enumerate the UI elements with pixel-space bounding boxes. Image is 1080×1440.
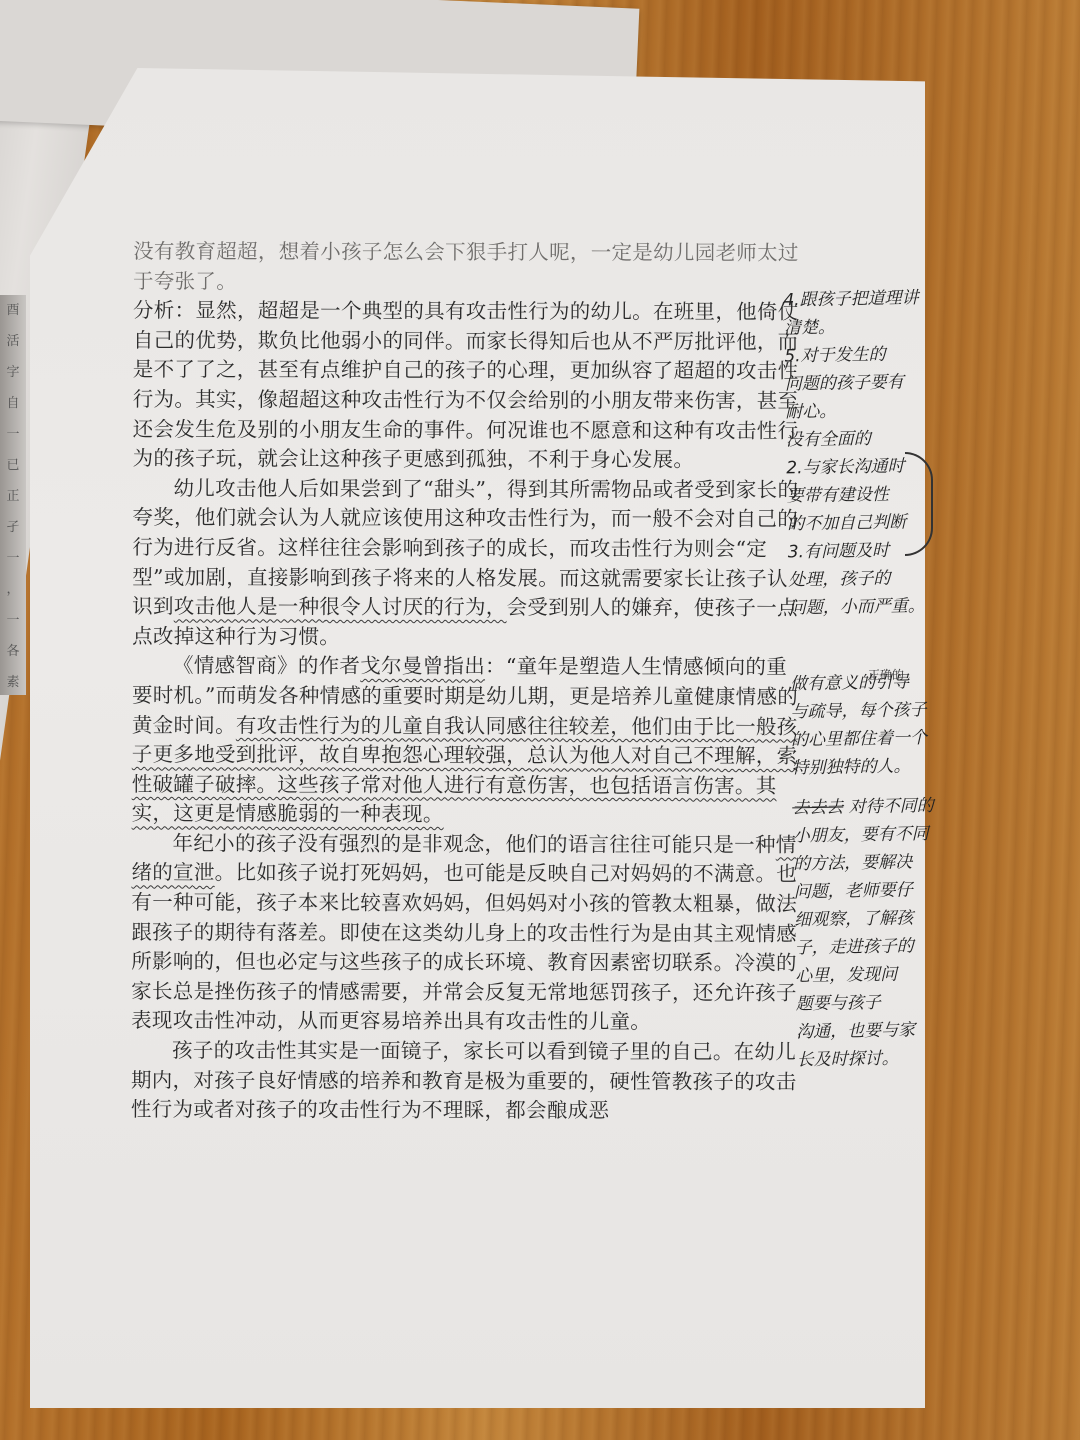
notes-block-1: 4.跟孩子把道理讲 清楚。 5.对于发生的 问题的孩子要有 耐心。 没有全面的 … [783, 284, 949, 623]
left-strip-char: 一 [0, 419, 26, 450]
paragraph-young-children: 年纪小的孩子没有强烈的是非观念，他们的语言往往可能只是一种情绪的宣泄。比如孩子说… [131, 829, 804, 1038]
left-strip-char: 活 [0, 326, 26, 357]
handwritten-margin-notes: 4.跟孩子把道理讲 清楚。 5.对于发生的 问题的孩子要有 耐心。 没有全面的 … [783, 284, 957, 1075]
notes-block-2: 做有意义的引导 与疏导，每个孩子 的心里都住着一个 特别独特的人。 [790, 668, 952, 783]
left-strip-char: 一 [0, 605, 26, 636]
paragraph-analysis: 分析：显然，超超是一个典型的具有攻击性行为的幼儿。在班里，他倚仗自己的优势，欺负… [133, 296, 805, 475]
underlined-author: 戈尔曼曾指出 [360, 654, 485, 678]
left-strip-char: ， [0, 574, 26, 605]
left-strip-char: 酉 [0, 295, 26, 326]
document-body: 没有教育超超，想着小孩子怎么会下狠手打人呢，一定是幼儿园老师太过于夸张了。 分析… [131, 237, 805, 1127]
left-strip-char: 各 [0, 636, 26, 667]
paragraph-mirror: 孩子的攻击性其实是一面镜子，家长可以看到镜子里的自己。在幼儿期内，对孩子良好情感… [131, 1036, 803, 1127]
underlined-phrase: 攻击他人是一种很令人讨厌的行为， [174, 594, 507, 619]
struck-text: 去去去 [792, 797, 843, 818]
left-strip-char: 自 [0, 388, 26, 419]
notes-block-3: 去去去 对待不同的 小朋友，要有不同 的方法，要解决 问题，老师要仔 细观察，了… [792, 792, 957, 1075]
paragraph-intro: 没有教育超超，想着小孩子怎么会下狠手打人呢，一定是幼儿园老师太过于夸张了。 [133, 237, 805, 298]
left-strip-char: 正 [0, 481, 26, 512]
left-strip-char: 孑 [0, 512, 26, 543]
paragraph-emotional-iq: 《情感智商》的作者戈尔曼曾指出：“童年是塑造人生情感倾向的重要时机。”而萌发各种… [132, 651, 804, 830]
paragraph-reward: 幼儿攻击他人后如果尝到了“甜头”，得到其所需物品或者受到家长的夸奖，他们就会认为… [132, 474, 804, 653]
left-strip-char: 已 [0, 450, 26, 481]
left-strip-char: 一 [0, 543, 26, 574]
left-strip-char: 素 [0, 667, 26, 695]
left-edge-page-strip: 酉活字自一已正孑一，一各素ī [0, 295, 26, 695]
left-strip-char: 字 [0, 357, 26, 388]
